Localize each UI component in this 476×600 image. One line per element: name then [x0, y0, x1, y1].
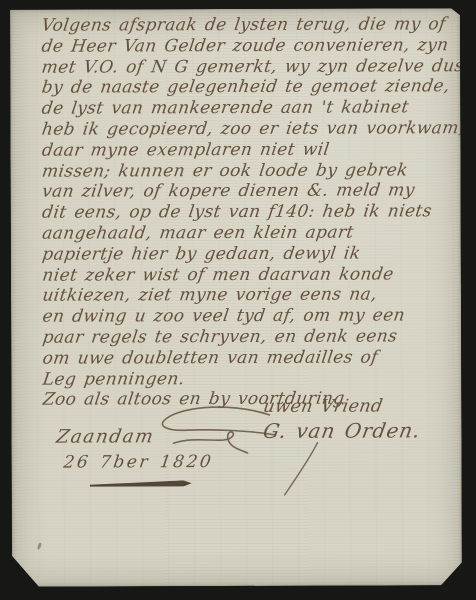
signature-paraph-stroke	[282, 441, 322, 497]
photo-background: Volgens afspraak de lysten terug, die my…	[0, 0, 476, 600]
letter-line: Volgens afspraak de lysten terug, die my…	[40, 14, 461, 36]
signature: G. van Orden.	[261, 418, 422, 443]
letter-line: heb ik gecopieerd, zoo er iets van voork…	[40, 118, 461, 140]
letter-line: niet zeker wist of men daarvan konde	[41, 264, 462, 286]
letter-line: Leg penningen.	[41, 368, 462, 390]
letter-line: paar regels te schryven, en denk eens	[41, 326, 462, 348]
letter-line: de lyst van mankeerende aan 't kabinet	[40, 97, 461, 119]
letter-line: om uwe doubletten van medailles of	[41, 347, 462, 369]
letter-body: Volgens afspraak de lysten terug, die my…	[40, 14, 459, 411]
letter-line: aangehaald, maar een klein apart	[41, 222, 462, 244]
letter-line: Zoo als altoos en by voortduring	[41, 389, 462, 411]
letter-line: by de naaste gelegenheid te gemoet ziend…	[40, 77, 461, 99]
letter-line: de Heer Van Gelder zoude convenieren, zy…	[40, 35, 461, 57]
letter-page: Volgens afspraak de lysten terug, die my…	[10, 8, 462, 587]
letter-line: van zilver, of kopere dienen &. meld my	[41, 181, 462, 203]
date-underline-stroke	[90, 480, 192, 488]
letter-line: dit eens, op de lyst van f140: heb ik ni…	[41, 201, 462, 223]
letter-line: uitkiezen, ziet myne vorige eens na,	[41, 285, 462, 307]
ink-speck	[37, 542, 42, 550]
letter-line: met V.O. of N G gemerkt, wy zyn dezelve …	[40, 56, 461, 78]
letter-line: papiertje hier by gedaan, dewyl ik	[41, 243, 462, 265]
date-line: 26 7ber 1820	[62, 452, 214, 473]
valediction: uwen Vriend	[262, 396, 385, 416]
letter-line: daar myne exemplaren niet wil	[41, 139, 462, 161]
place-name: Zaandam	[55, 426, 156, 447]
letter-line: en dwing u zoo veel tyd af, om my een	[41, 305, 462, 327]
letter-line: missen; kunnen er ook loode by gebrek	[41, 160, 462, 182]
